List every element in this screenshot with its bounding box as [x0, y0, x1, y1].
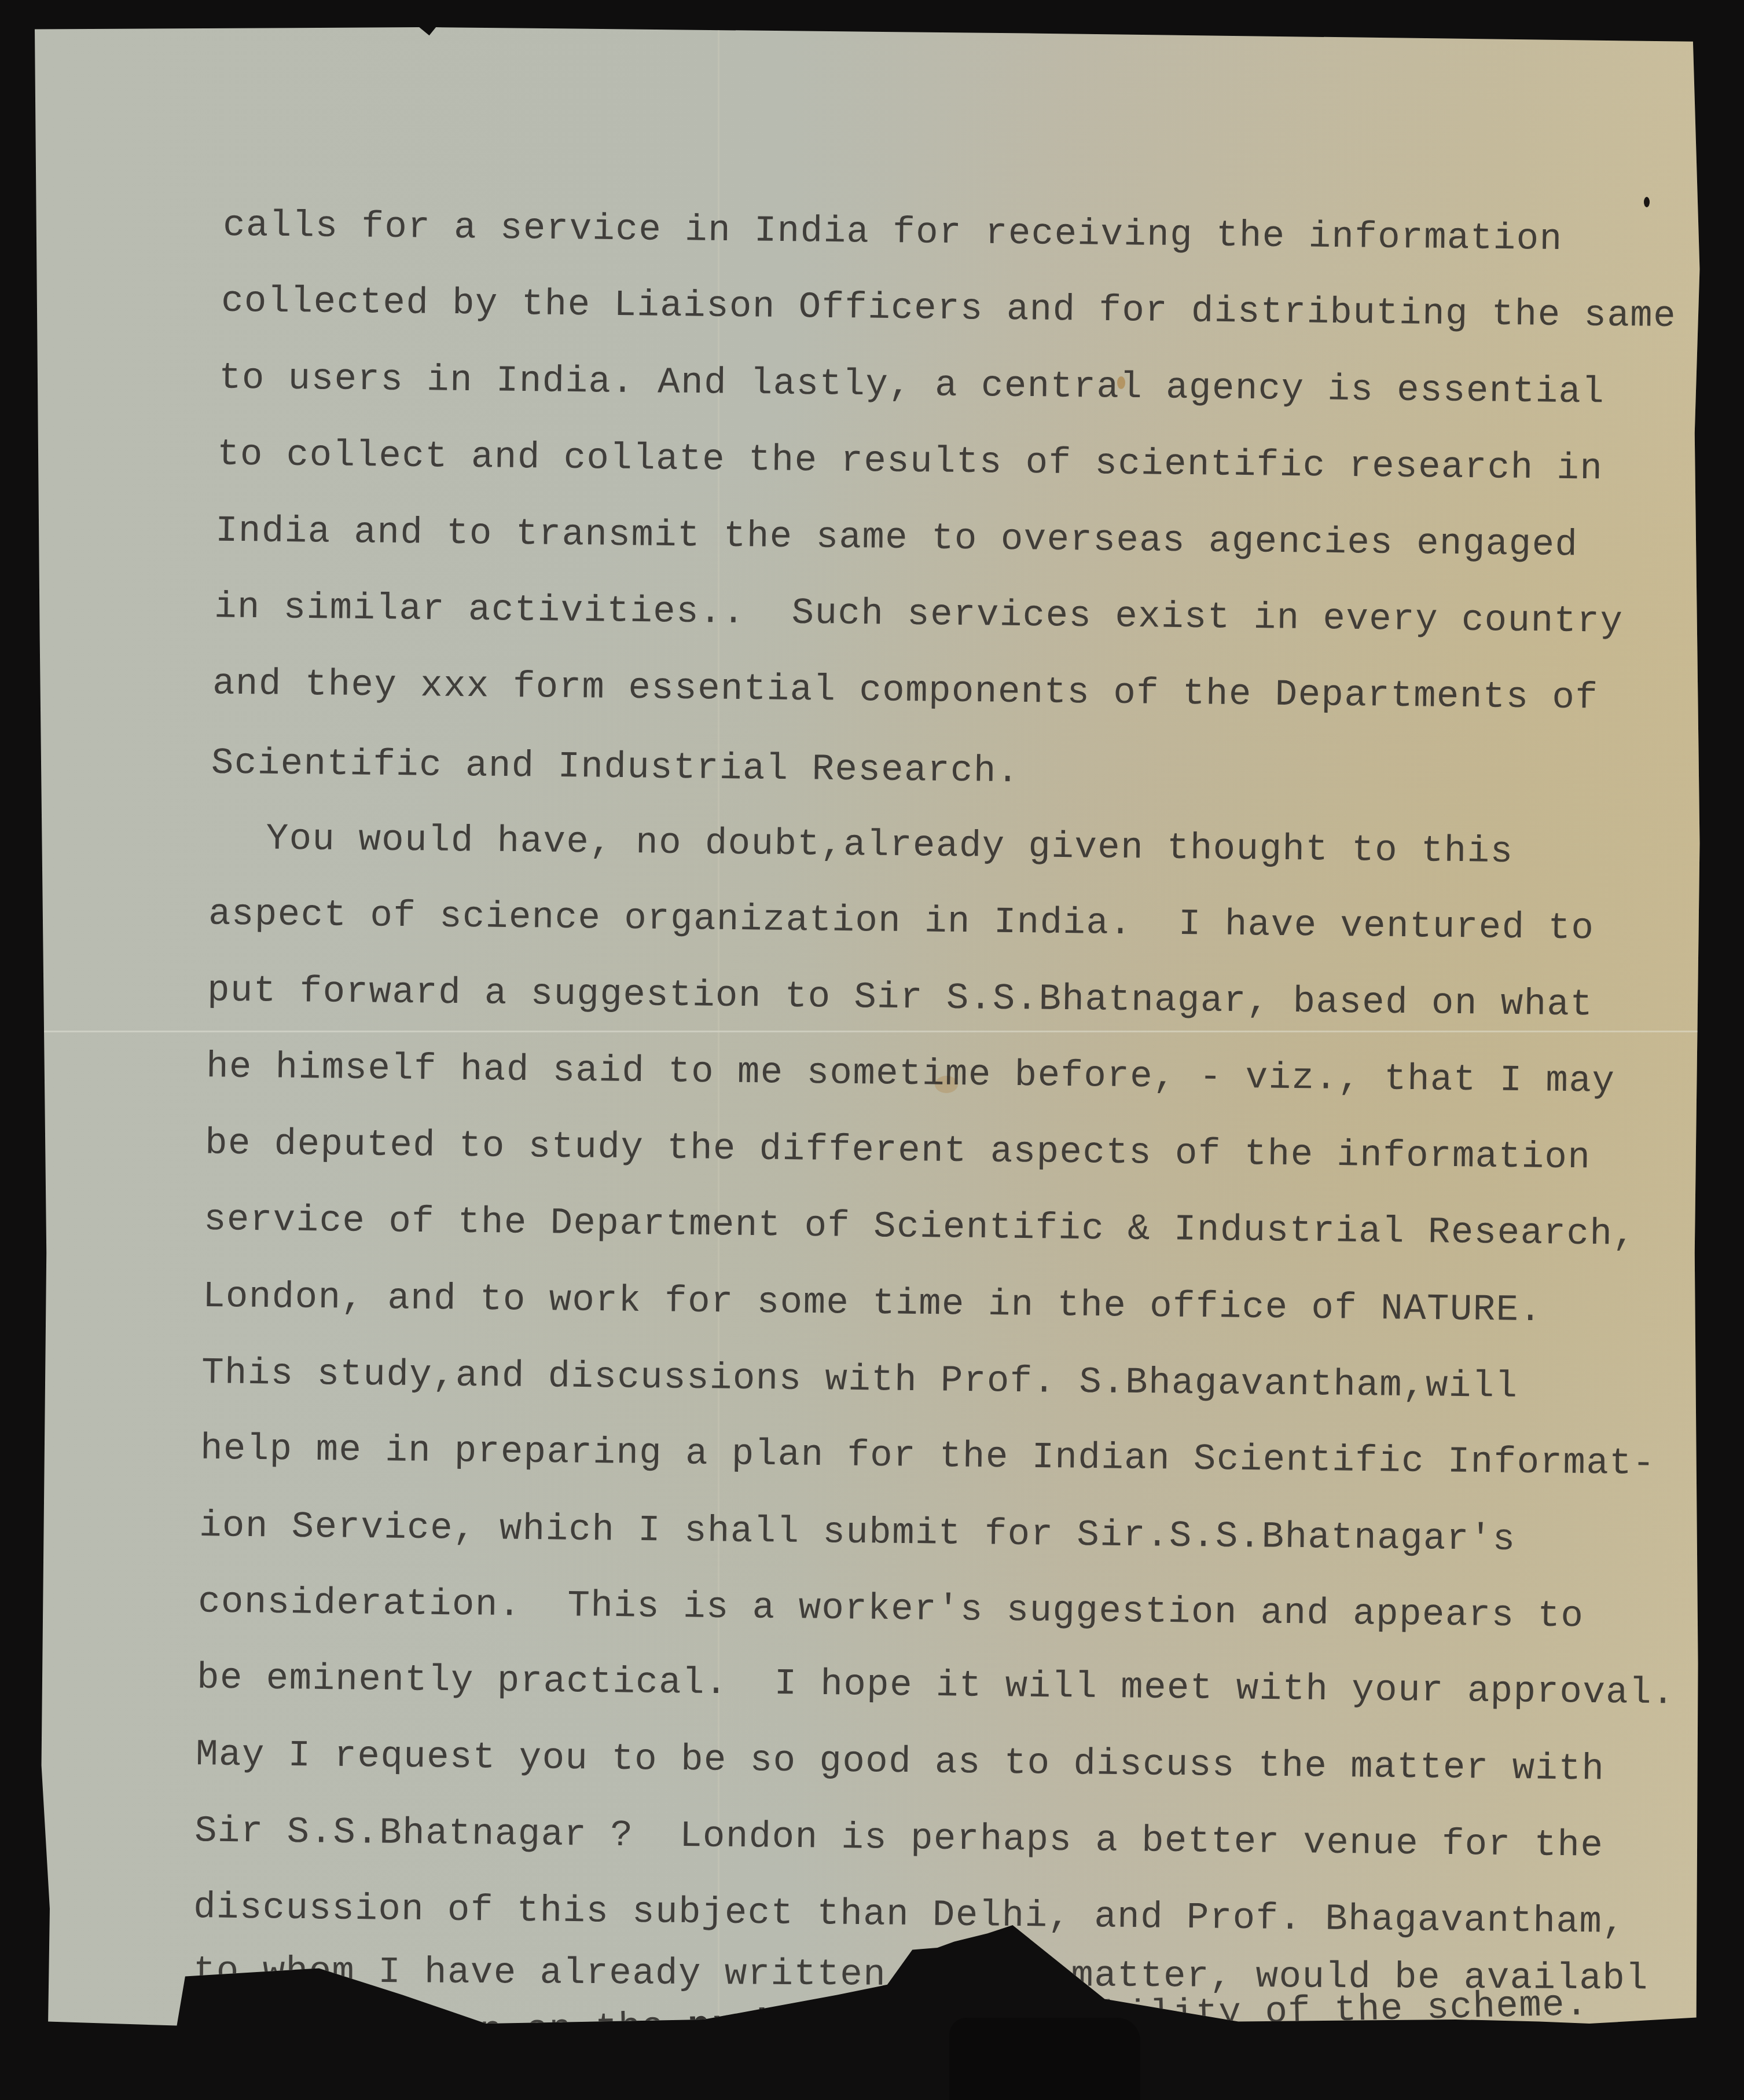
typed-line: India and to transmit the same to overse…: [215, 513, 1578, 565]
typed-line: in similar activities.. Such services ex…: [214, 589, 1624, 640]
typed-line: discussion of this subject than Delhi, a…: [193, 1889, 1626, 1941]
typed-body: calls for a service in India for receivi…: [35, 23, 1706, 2073]
typed-line: You would have, no doubt,already given t…: [174, 820, 1514, 871]
typed-line: help me in preparing a plan for the Indi…: [200, 1431, 1656, 1483]
document-scan: calls for a service in India for receivi…: [0, 0, 1744, 2100]
typed-line: Scientific and Industrial Research.: [211, 745, 1020, 791]
last-line-start: f. discussion on the: [202, 2006, 688, 2059]
struck-out-word: prability: [687, 2001, 896, 2048]
typed-line: put forward a suggestion to Sir S.S.Bhat…: [207, 972, 1594, 1024]
typed-line: collected by the Liaison Officers and fo…: [221, 283, 1677, 335]
typed-line: Sir S.S.Bhatnagar ? London is perhaps a …: [194, 1813, 1604, 1864]
typed-line: he himself had said to me sometime befor…: [206, 1049, 1616, 1100]
typed-line: to collect and collate the results of sc…: [217, 436, 1603, 488]
typed-line: London, and to work for some time in the…: [203, 1278, 1543, 1329]
typed-line: be eminently practical. I hope it will m…: [197, 1660, 1676, 1713]
torn-hole: [949, 2018, 1140, 2100]
typed-line: service of the Department of Scientific …: [204, 1201, 1636, 1254]
typed-line: This study,and discussions with Prof. S.…: [201, 1355, 1518, 1406]
typed-line-last: f. discussion on the prability practicab…: [203, 1987, 1589, 2057]
typed-line: be deputed to study the different aspect…: [205, 1125, 1591, 1177]
typed-line: aspect of science organization in India.…: [208, 896, 1595, 947]
paper-sheet: calls for a service in India for receivi…: [35, 23, 1706, 2073]
typed-line: May I request you to be so good as to di…: [196, 1736, 1605, 1788]
typed-line: consideration. This is a worker's sugges…: [198, 1584, 1584, 1635]
handwritten-signature: B.N.Sastri: [1435, 2021, 1610, 2065]
typed-line: calls for a service in India for receivi…: [223, 207, 1563, 258]
handwritten-closing: With respectful: [625, 2032, 887, 2078]
typed-line: ion Service, which I shall submit for Si…: [199, 1508, 1516, 1559]
typed-line: to users in India. And lastly, a central…: [219, 360, 1605, 411]
typed-line: and they xxx form essential components o…: [212, 665, 1599, 717]
